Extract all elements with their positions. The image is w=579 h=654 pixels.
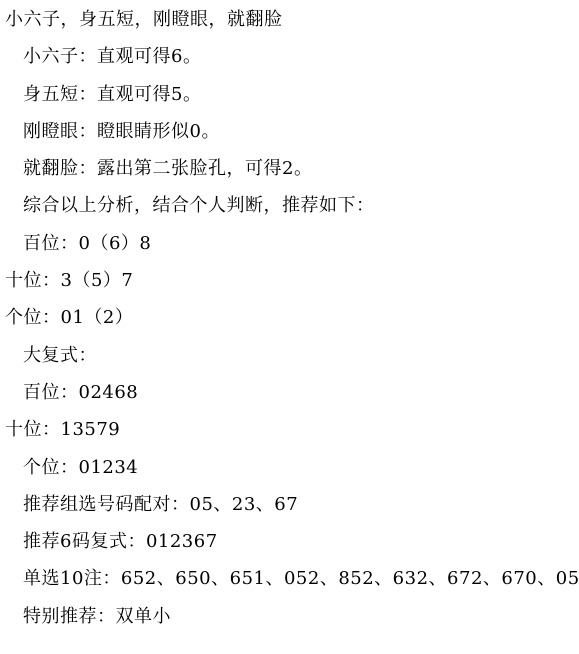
document: 小六子，身五短，刚瞪眼，就翻脸 小六子：直观可得6。 身五短：直观可得5。 刚瞪…	[0, 0, 579, 654]
units-pick-line: 个位：01（2）	[0, 299, 579, 336]
single-picks-line: 单选10注：652、650、651、052、852、632、672、670、05…	[0, 560, 579, 597]
hundreds-pick-line: 百位：0（6）8	[0, 225, 579, 262]
tens-pick-line: 十位：3（5）7	[0, 262, 579, 299]
clue-line-gangdengyan: 刚瞪眼：瞪眼睛形似0。	[0, 113, 579, 150]
complex-tens-line: 十位：13579	[0, 411, 579, 448]
summary-line: 综合以上分析，结合个人判断，推荐如下：	[0, 187, 579, 224]
group-pairs-line: 推荐组选号码配对：05、23、67	[0, 486, 579, 523]
six-code-complex-line: 推荐6码复式：012367	[0, 523, 579, 560]
clue-line-jiufanlian: 就翻脸：露出第二张脸孔，可得2。	[0, 150, 579, 187]
complex-header-line: 大复式：	[0, 337, 579, 374]
document-title: 小六子，身五短，刚瞪眼，就翻脸	[0, 1, 579, 38]
special-recommendation-line: 特别推荐：双单小	[0, 598, 579, 635]
clue-line-xiaoliuzi: 小六子：直观可得6。	[0, 38, 579, 75]
complex-units-line: 个位：01234	[0, 449, 579, 486]
clue-line-shenwuduan: 身五短：直观可得5。	[0, 76, 579, 113]
complex-hundreds-line: 百位：02468	[0, 374, 579, 411]
